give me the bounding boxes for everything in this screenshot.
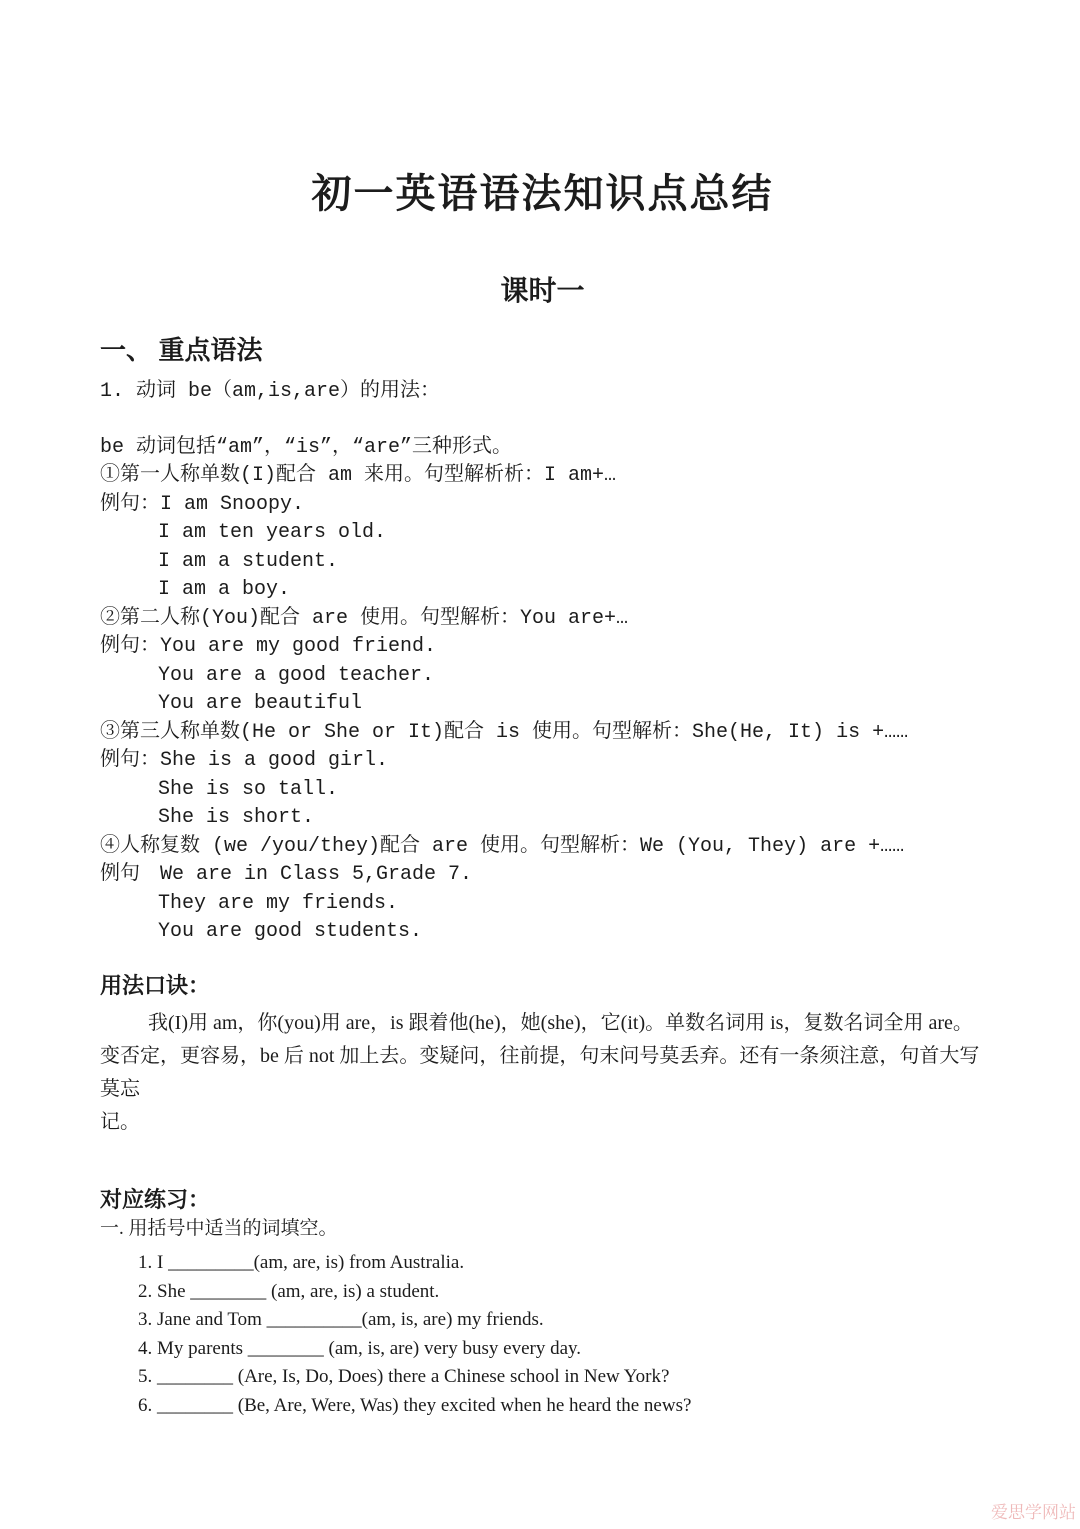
mnemonic-paragraph: 我(I)用 am，你(you)用 are，is 跟着他(he)，她(she)，它…	[100, 1007, 985, 1139]
exercise-item: 4. My parents ________ (am, is, are) ver…	[100, 1335, 985, 1364]
rule-text: ①第一人称单数(I)配合 am 来用。句型解析析：I am+…	[100, 462, 985, 491]
rule-group-second-person: ②第二人称(You)配合 are 使用。句型解析：You are+… 例句：Yo…	[100, 605, 985, 719]
mnemonic-heading: 用法口诀：	[100, 971, 985, 1001]
be-forms-intro: be 动词包括“am”，“is”，“are”三种形式。	[100, 434, 985, 463]
exercise-item: 3. Jane and Tom __________(am, is, are) …	[100, 1306, 985, 1335]
exercise-item: 5. ________ (Are, Is, Do, Does) there a …	[100, 1363, 985, 1392]
document-page: 初一英语语法知识点总结 课时一 一、 重点语法 1. 动词 be（am,is,a…	[0, 0, 1080, 1529]
exercise-item: 6. ________ (Be, Are, Were, Was) they ex…	[100, 1392, 985, 1421]
example-line: 例句 We are in Class 5,Grade 7.	[100, 861, 985, 890]
example-line: I am a student.	[100, 548, 985, 577]
rule-text: ②第二人称(You)配合 are 使用。句型解析：You are+…	[100, 605, 985, 634]
exercise-item: 1. I _________(am, are, is) from Austral…	[100, 1249, 985, 1278]
grammar-point-title: 1. 动词 be（am,is,are）的用法：	[100, 378, 985, 407]
lesson-heading: 课时一	[100, 275, 985, 308]
site-watermark: 爱思学网站	[991, 1502, 1076, 1524]
mnemonic-line: 我(I)用 am，你(you)用 are，is 跟着他(he)，她(she)，它…	[100, 1007, 985, 1040]
example-line: 例句：You are my good friend.	[100, 633, 985, 662]
example-line: I am ten years old.	[100, 519, 985, 548]
example-line: I am a boy.	[100, 576, 985, 605]
example-line: You are beautiful	[100, 690, 985, 719]
document-content: 初一英语语法知识点总结 课时一 一、 重点语法 1. 动词 be（am,is,a…	[0, 0, 1080, 1420]
mnemonic-line: 变否定，更容易，be 后 not 加上去。变疑问，往前提，句末问号莫丢弃。还有一…	[100, 1040, 985, 1106]
rule-text: ③第三人称单数(He or She or It)配合 is 使用。句型解析：Sh…	[100, 719, 985, 748]
example-line: They are my friends.	[100, 890, 985, 919]
example-line: You are good students.	[100, 918, 985, 947]
rule-group-first-person: ①第一人称单数(I)配合 am 来用。句型解析析：I am+… 例句：I am …	[100, 462, 985, 605]
grammar-section-heading: 一、 重点语法	[100, 334, 985, 368]
mnemonic-line: 记。	[100, 1106, 985, 1139]
exercise-instruction: 一. 用括号中适当的词填空。	[100, 1215, 985, 1244]
example-line: She is so tall.	[100, 776, 985, 805]
rule-group-plural: ④人称复数 (we /you/they)配合 are 使用。句型解析：We (Y…	[100, 833, 985, 947]
example-line: 例句：She is a good girl.	[100, 747, 985, 776]
exercise-item: 2. She ________ (am, are, is) a student.	[100, 1278, 985, 1307]
exercise-list: 1. I _________(am, are, is) from Austral…	[100, 1249, 985, 1420]
rule-group-third-person: ③第三人称单数(He or She or It)配合 is 使用。句型解析：Sh…	[100, 719, 985, 833]
exercises-heading: 对应练习：	[100, 1185, 985, 1215]
document-title: 初一英语语法知识点总结	[100, 170, 985, 217]
example-line: She is short.	[100, 804, 985, 833]
example-line: You are a good teacher.	[100, 662, 985, 691]
example-line: 例句：I am Snoopy.	[100, 491, 985, 520]
rule-text: ④人称复数 (we /you/they)配合 are 使用。句型解析：We (Y…	[100, 833, 985, 862]
